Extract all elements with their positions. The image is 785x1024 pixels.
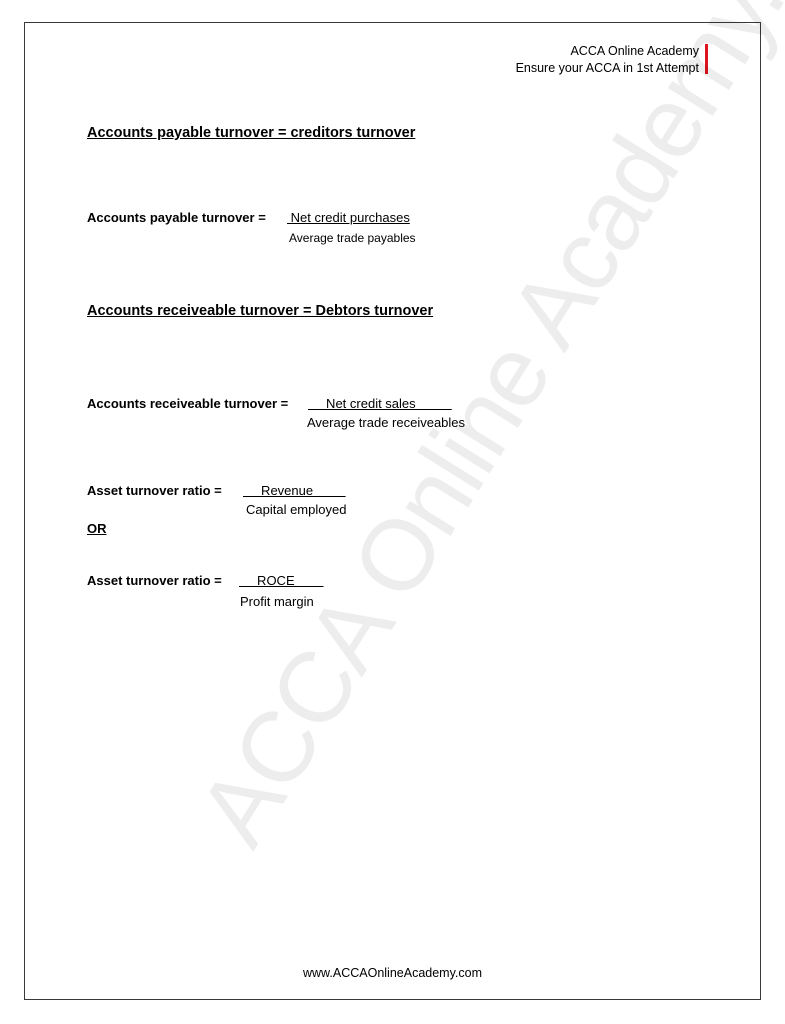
denominator: Capital employed	[246, 502, 346, 517]
numerator: ROCE	[239, 573, 324, 588]
or-label: OR	[87, 521, 107, 536]
formula-label: Asset turnover ratio =	[87, 483, 222, 498]
denominator: Profit margin	[240, 594, 314, 609]
numerator: Revenue	[243, 483, 346, 498]
denominator: Average trade payables	[289, 231, 416, 245]
footer-url: www.ACCAOnlineAcademy.com	[0, 966, 785, 980]
formula-label: Accounts receiveable turnover =	[87, 396, 288, 411]
formula-label: Accounts payable turnover =	[87, 210, 266, 225]
numerator: Net credit sales	[308, 396, 452, 411]
formula-label: Asset turnover ratio =	[87, 573, 222, 588]
numerator: Net credit purchases	[287, 210, 410, 225]
formula-accounts-payable: Accounts payable turnover =	[87, 210, 266, 225]
formula-asset-turnover-1: Asset turnover ratio =	[87, 483, 222, 498]
formula-accounts-receivable: Accounts receiveable turnover =	[87, 396, 288, 411]
heading-accounts-payable: Accounts payable turnover = creditors tu…	[87, 125, 415, 141]
denominator: Average trade receiveables	[307, 415, 465, 430]
heading-accounts-receivable: Accounts receiveable turnover = Debtors …	[87, 303, 433, 319]
formula-asset-turnover-2: Asset turnover ratio =	[87, 573, 222, 588]
